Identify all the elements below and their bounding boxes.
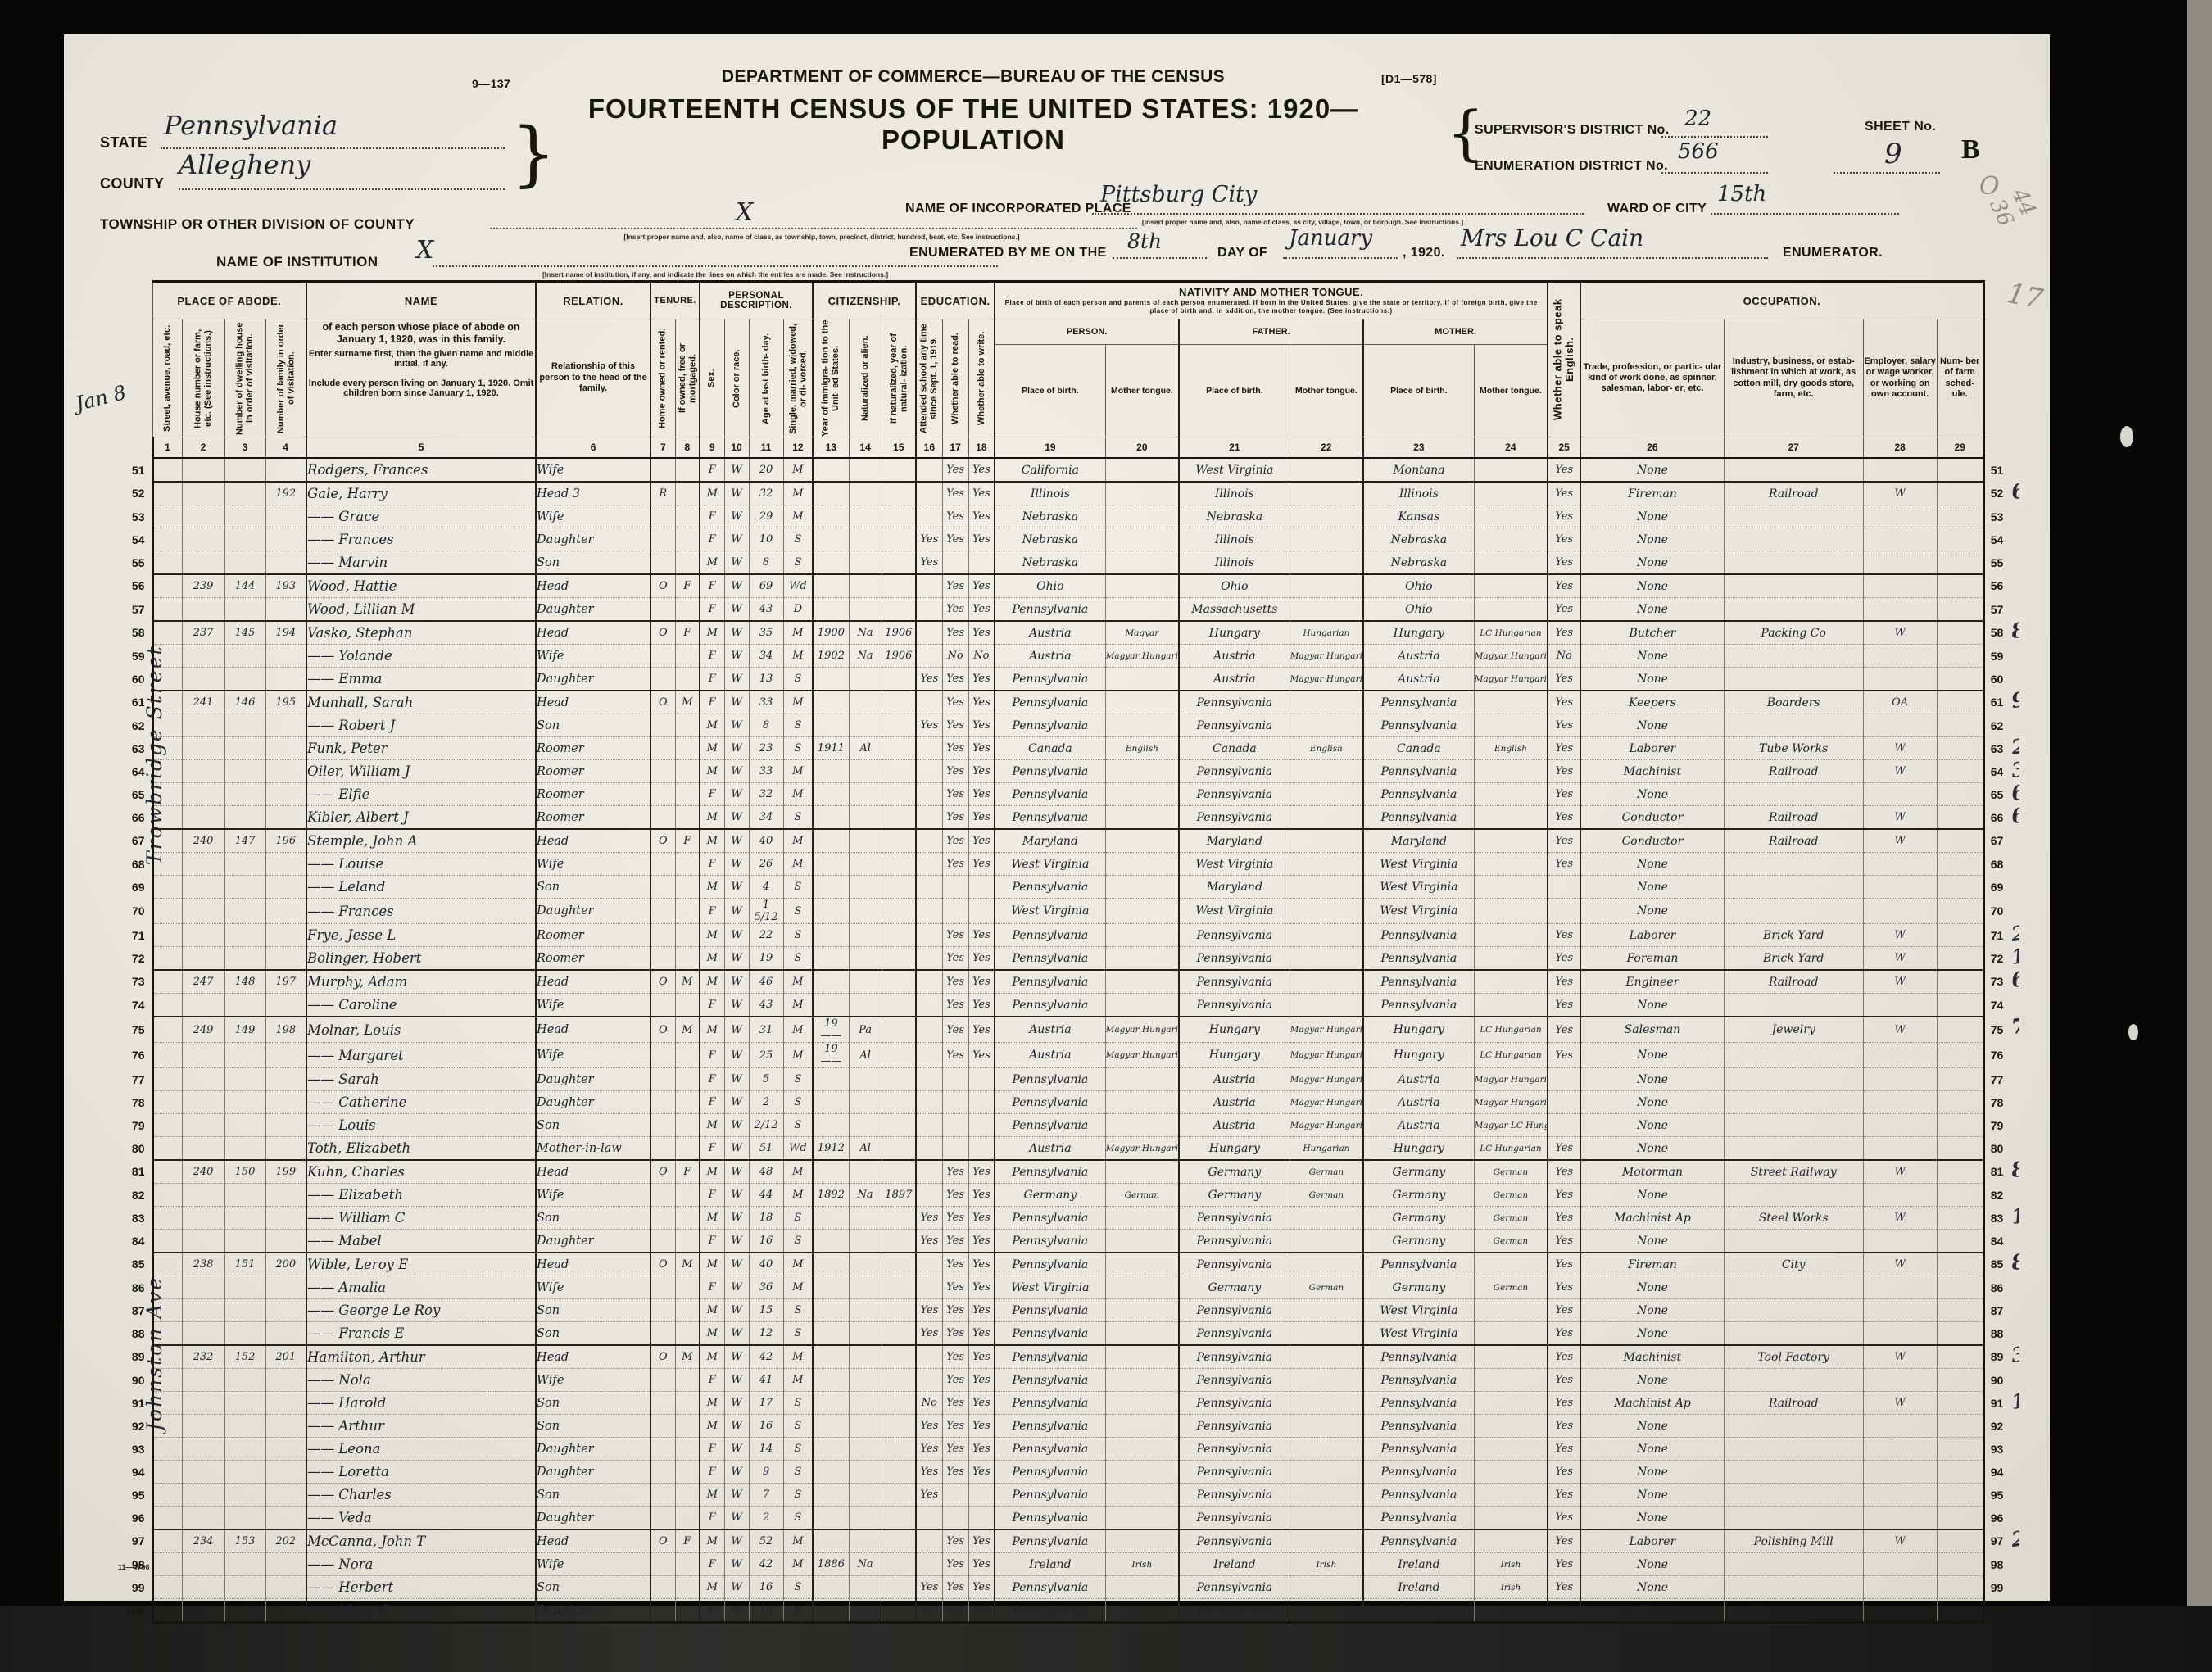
street-cell <box>152 947 182 971</box>
enumeration-district-value: 566 <box>1678 139 1719 164</box>
table-row: 84 —— Mabel Daughter F W 16 S Yes Yes Ye… <box>123 1230 2019 1253</box>
table-row: 64 Oiler, William J Roomer M W 33 M Yes … <box>123 760 2019 783</box>
able-to-read-cell <box>942 1091 968 1114</box>
able-to-write-cell: Yes <box>968 598 995 622</box>
naturalization-year-cell <box>882 1345 916 1369</box>
able-to-write-cell: Yes <box>968 760 995 783</box>
marital-status-cell: S <box>783 714 813 737</box>
industry-cell <box>1724 645 1863 668</box>
farm-schedule-cell <box>1937 598 1983 622</box>
dwelling-number-cell <box>224 1322 265 1346</box>
occupation-cell: Conductor <box>1580 829 1724 853</box>
table-row: 56 239 144 193 Wood, Hattie Head O F F W… <box>123 574 2019 598</box>
relation-cell: Wife <box>536 1184 650 1207</box>
line-number-right: 74 <box>1983 994 2019 1017</box>
home-owned-cell <box>650 551 675 575</box>
mother-birthplace-cell: Ireland <box>1363 1576 1474 1599</box>
able-to-write-cell: Yes <box>968 1599 995 1623</box>
attended-school-cell <box>916 1253 942 1276</box>
subgroup-mother: MOTHER. <box>1363 319 1548 345</box>
relation-cell: Son <box>536 551 650 575</box>
line-number-left: 81 <box>123 1160 152 1184</box>
father-mother-tongue-cell: German <box>1290 1160 1363 1184</box>
dwelling-number-cell <box>224 924 265 947</box>
sex-cell: M <box>700 482 724 505</box>
father-birthplace-cell: Pennsylvania <box>1179 1484 1290 1507</box>
mother-mother-tongue-cell <box>1474 1345 1548 1369</box>
ward-rule <box>1711 213 1899 215</box>
line-number-right: 98 <box>1983 1553 2019 1576</box>
father-mother-tongue-cell <box>1290 1230 1363 1253</box>
attended-school-cell: Yes <box>916 1230 942 1253</box>
mother-birthplace-cell: Kansas <box>1363 505 1474 528</box>
name-cell: Murphy, Adam <box>306 970 536 994</box>
home-owned-cell <box>650 1438 675 1461</box>
family-number-cell <box>265 598 306 622</box>
marital-status-cell: S <box>783 806 813 830</box>
line-number-left: 57 <box>123 598 152 622</box>
age-cell: 35 <box>749 621 783 645</box>
name-cell: Vasko, Stephan <box>306 621 536 645</box>
industry-cell <box>1724 1184 1863 1207</box>
attended-school-cell <box>916 1160 942 1184</box>
subgroup-father: FATHER. <box>1179 319 1363 345</box>
free-mortgaged-cell <box>675 806 700 830</box>
industry-cell: Railroad <box>1724 760 1863 783</box>
able-to-write-cell: Yes <box>968 1017 995 1043</box>
color-race-cell: W <box>724 1017 749 1043</box>
name-cell: —— Loretta <box>306 1461 536 1484</box>
attended-school-cell <box>916 994 942 1017</box>
attended-school-cell <box>916 1507 942 1530</box>
industry-cell <box>1724 1114 1863 1137</box>
industry-cell <box>1724 783 1863 806</box>
relation-cell: Wife <box>536 1553 650 1576</box>
able-to-read-cell: Yes <box>942 505 968 528</box>
attended-school-cell <box>916 924 942 947</box>
father-birthplace-cell: Pennsylvania <box>1179 1207 1290 1230</box>
table-row: 74 —— Caroline Wife F W 43 M Yes Yes Pen… <box>123 994 2019 1017</box>
age-cell: 2 <box>749 1091 783 1114</box>
free-mortgaged-cell <box>675 645 700 668</box>
group-citizenship: CITIZENSHIP. <box>813 282 916 319</box>
family-number-cell <box>265 714 306 737</box>
father-mother-tongue-cell: Magyar Hungarian <box>1290 1017 1363 1043</box>
dwelling-number-cell <box>224 760 265 783</box>
margin-code-scribble: 362 <box>2010 760 2019 782</box>
employment-class-cell <box>1863 1137 1937 1161</box>
age-cell: 26 <box>749 853 783 876</box>
home-owned-cell <box>650 1299 675 1322</box>
street-cell <box>152 1553 182 1576</box>
table-row: 73 247 148 197 Murphy, Adam Head O M M W… <box>123 970 2019 994</box>
sex-cell: M <box>700 1253 724 1276</box>
home-owned-cell <box>650 806 675 830</box>
father-birthplace-cell: Pennsylvania <box>1179 1369 1290 1392</box>
mother-mother-tongue-cell: Magyar Hungarian <box>1474 1091 1548 1114</box>
place-value: Pittsburg City <box>1100 182 1257 207</box>
dwelling-number-cell <box>224 551 265 575</box>
person-birthplace-cell: Ohio <box>995 574 1105 598</box>
mother-birthplace-cell: Austria <box>1363 1068 1474 1091</box>
name-cell: Oiler, William J <box>306 760 536 783</box>
industry-cell <box>1724 1299 1863 1322</box>
line-number-value: 90 <box>1991 1374 2004 1387</box>
speaks-english-cell: Yes <box>1548 458 1580 482</box>
margin-code-scribble: 906 <box>2010 691 2019 713</box>
col-color-race: Color or race. <box>724 319 749 437</box>
employment-class-cell <box>1863 1114 1937 1137</box>
line-number-value: 97 <box>1991 1534 2004 1547</box>
farm-schedule-cell <box>1937 760 1983 783</box>
mother-birthplace-cell: Hungary <box>1363 1137 1474 1161</box>
farm-schedule-cell <box>1937 1114 1983 1137</box>
street-cell <box>152 829 182 853</box>
family-number-cell <box>265 806 306 830</box>
attended-school-cell: Yes <box>916 1322 942 1346</box>
industry-cell <box>1724 1576 1863 1599</box>
naturalization-year-cell <box>882 714 916 737</box>
able-to-write-cell: Yes <box>968 668 995 691</box>
family-number-cell <box>265 1091 306 1114</box>
institution-rule <box>433 265 998 267</box>
line-number-left: 65 <box>123 783 152 806</box>
street-cell <box>152 1507 182 1530</box>
industry-cell <box>1724 458 1863 482</box>
employment-class-cell: W <box>1863 1345 1937 1369</box>
employment-class-cell <box>1863 1507 1937 1530</box>
sex-cell: F <box>700 668 724 691</box>
naturalized-cell <box>849 574 882 598</box>
person-mother-tongue-cell <box>1105 947 1179 971</box>
supervisor-rule <box>1661 136 1768 138</box>
marital-status-cell: S <box>783 1599 813 1623</box>
occupation-cell: Laborer <box>1580 1529 1724 1553</box>
industry-cell: Tube Works <box>1724 737 1863 760</box>
family-number-cell: 193 <box>265 574 306 598</box>
sex-cell: M <box>700 1017 724 1043</box>
attended-school-cell <box>916 876 942 899</box>
industry-cell: Railroad <box>1724 829 1863 853</box>
color-race-cell: W <box>724 899 749 924</box>
table-row: 88 —— Francis E Son M W 12 S Yes Yes Yes… <box>123 1322 2019 1346</box>
immigration-year-cell <box>813 876 849 899</box>
person-mother-tongue-cell <box>1105 853 1179 876</box>
employment-class-cell <box>1863 1230 1937 1253</box>
name-cell: —— George Le Roy <box>306 1299 536 1322</box>
occupation-cell: Machinist <box>1580 1345 1724 1369</box>
able-to-read-cell <box>942 1484 968 1507</box>
naturalization-year-cell <box>882 1461 916 1484</box>
mother-mother-tongue-cell: LC Hungarian <box>1474 1017 1548 1043</box>
family-number-cell: 200 <box>265 1253 306 1276</box>
speaks-english-cell: Yes <box>1548 574 1580 598</box>
street-cell <box>152 1017 182 1043</box>
industry-cell <box>1724 1276 1863 1299</box>
mother-mother-tongue-cell <box>1474 1438 1548 1461</box>
person-mother-tongue-header: Mother tongue. <box>1105 345 1179 437</box>
attended-school-cell <box>916 1276 942 1299</box>
street-cell <box>152 924 182 947</box>
column-number: 10 <box>724 437 749 459</box>
naturalized-cell <box>849 458 882 482</box>
family-number-cell <box>265 1299 306 1322</box>
line-number-right: 64362 <box>1983 760 2019 783</box>
house-number-cell <box>182 1322 224 1346</box>
able-to-write-cell: Yes <box>968 737 995 760</box>
industry-cell: Boarders <box>1724 691 1863 714</box>
color-race-cell: W <box>724 1507 749 1530</box>
home-owned-cell <box>650 1461 675 1484</box>
line-number-value: 74 <box>1991 999 2004 1012</box>
dwelling-number-cell <box>224 714 265 737</box>
father-birthplace-cell: Germany <box>1179 1276 1290 1299</box>
able-to-read-cell: Yes <box>942 1553 968 1576</box>
color-race-cell: W <box>724 1461 749 1484</box>
relation-cell: Daughter <box>536 1091 650 1114</box>
dwelling-number-cell <box>224 899 265 924</box>
person-birthplace-cell: Pennsylvania <box>995 1576 1105 1599</box>
state-label: STATE <box>100 134 147 152</box>
immigration-year-cell: 1911 <box>813 737 849 760</box>
occupation-cell: Fireman <box>1580 1253 1724 1276</box>
line-number-right: 55 <box>1983 551 2019 575</box>
father-birthplace-cell: Illinois <box>1179 482 1290 505</box>
family-number-cell <box>265 528 306 551</box>
line-number-value: 92 <box>1991 1420 2004 1433</box>
house-number-cell <box>182 598 224 622</box>
township-note: [Insert proper name and, also, name of c… <box>510 233 1133 241</box>
free-mortgaged-cell <box>675 1137 700 1161</box>
naturalized-cell <box>849 899 882 924</box>
home-owned-cell <box>650 668 675 691</box>
attended-school-cell: Yes <box>916 1438 942 1461</box>
street-cell <box>152 1599 182 1623</box>
farm-schedule-cell <box>1937 1553 1983 1576</box>
col-attended-school: Attended school any time since Sept. 1, … <box>916 319 942 437</box>
industry-cell <box>1724 1553 1863 1576</box>
speaks-english-cell: Yes <box>1548 482 1580 505</box>
relation-cell: Daughter <box>536 1461 650 1484</box>
color-race-cell: W <box>724 1438 749 1461</box>
nativity-title: NATIVITY AND MOTHER TONGUE. <box>995 286 1547 298</box>
mother-mother-tongue-cell <box>1474 899 1548 924</box>
relation-cell: Roomer <box>536 947 650 971</box>
enum-district-rule <box>1661 172 1768 174</box>
ward-value: 15th <box>1717 182 1766 206</box>
line-number-right: 97268 <box>1983 1529 2019 1553</box>
father-mother-tongue-cell <box>1290 876 1363 899</box>
table-row: 65 —— Elfie Roomer F W 32 M Yes Yes Penn… <box>123 783 2019 806</box>
line-number-right: 80 <box>1983 1137 2019 1161</box>
age-cell: 29 <box>749 505 783 528</box>
able-to-write-cell: Yes <box>968 1576 995 1599</box>
table-row: 68 —— Louise Wife F W 26 M Yes Yes West … <box>123 853 2019 876</box>
col-sex: Sex. <box>700 319 724 437</box>
line-number-right: 73644 <box>1983 970 2019 994</box>
relation-cell: Daughter <box>536 1068 650 1091</box>
able-to-read-cell: Yes <box>942 924 968 947</box>
line-number-right: 56 <box>1983 574 2019 598</box>
line-number-right: 81849 <box>1983 1160 2019 1184</box>
able-to-write-cell <box>968 1091 995 1114</box>
relation-cell: Wife <box>536 645 650 668</box>
naturalization-year-cell <box>882 1230 916 1253</box>
line-number-left: 86 <box>123 1276 152 1299</box>
mother-birthplace-cell: Pennsylvania <box>1363 994 1474 1017</box>
naturalized-cell <box>849 598 882 622</box>
line-number-left: 52 <box>123 482 152 505</box>
immigration-year-cell <box>813 1484 849 1507</box>
industry-cell: Railroad <box>1724 482 1863 505</box>
father-birthplace-cell: Pennsylvania <box>1179 1415 1290 1438</box>
employment-class-cell: W <box>1863 924 1937 947</box>
occupation-cell: None <box>1580 876 1724 899</box>
speaks-english-cell: Yes <box>1548 760 1580 783</box>
industry-cell: Brick Yard <box>1724 947 1863 971</box>
column-number: 26 <box>1580 437 1724 459</box>
father-birthplace-cell: West Virginia <box>1179 853 1290 876</box>
col-speaks-english: Whether able to speak English. <box>1548 282 1580 437</box>
naturalization-year-cell <box>882 1507 916 1530</box>
table-row: 100 —— Mary C Daughter F W 13 S Yes Yes … <box>123 1599 2019 1623</box>
group-nativity: NATIVITY AND MOTHER TONGUE. Place of bir… <box>995 282 1548 319</box>
father-birthplace-cell: West Virginia <box>1179 899 1290 924</box>
home-owned-cell <box>650 458 675 482</box>
color-race-cell: W <box>724 598 749 622</box>
industry-cell <box>1724 876 1863 899</box>
line-number-right: 82 <box>1983 1184 2019 1207</box>
employment-class-cell: W <box>1863 947 1937 971</box>
person-mother-tongue-cell <box>1105 458 1179 482</box>
free-mortgaged-cell: M <box>675 1017 700 1043</box>
employment-class-cell <box>1863 1043 1937 1068</box>
father-birthplace-cell: Pennsylvania <box>1179 1438 1290 1461</box>
mother-birthplace-cell: Austria <box>1363 1091 1474 1114</box>
mother-birthplace-cell: Pennsylvania <box>1363 691 1474 714</box>
name-cell: —— Louise <box>306 853 536 876</box>
house-number-cell <box>182 947 224 971</box>
family-number-cell <box>265 1207 306 1230</box>
person-mother-tongue-cell <box>1105 1299 1179 1322</box>
able-to-read-cell: Yes <box>942 691 968 714</box>
able-to-write-cell <box>968 1114 995 1137</box>
age-cell: 1 5/12 <box>749 899 783 924</box>
age-cell: 9 <box>749 1461 783 1484</box>
immigration-year-cell <box>813 760 849 783</box>
employment-class-cell <box>1863 899 1937 924</box>
county-value: Allegheny <box>179 149 310 180</box>
family-number-cell <box>265 947 306 971</box>
line-number-left: 98 <box>123 1553 152 1576</box>
mother-mother-tongue-cell <box>1474 783 1548 806</box>
naturalization-year-cell <box>882 853 916 876</box>
father-mother-tongue-cell <box>1290 505 1363 528</box>
farm-schedule-cell <box>1937 1415 1983 1438</box>
person-birthplace-cell: Pennsylvania <box>995 924 1105 947</box>
farm-schedule-cell <box>1937 714 1983 737</box>
relation-cell: Daughter <box>536 528 650 551</box>
farm-schedule-cell <box>1937 1369 1983 1392</box>
father-birthplace-cell: Hungary <box>1179 621 1290 645</box>
name-cell: Gale, Harry <box>306 482 536 505</box>
employment-class-cell <box>1863 458 1937 482</box>
line-number-left: 54 <box>123 528 152 551</box>
line-number-right: 76 <box>1983 1043 2019 1068</box>
line-number-right: 86 <box>1983 1276 2019 1299</box>
naturalization-year-cell <box>882 737 916 760</box>
attended-school-cell <box>916 806 942 830</box>
able-to-read-cell: Yes <box>942 1415 968 1438</box>
free-mortgaged-cell: M <box>675 691 700 714</box>
relation-cell: Mother-in-law <box>536 1137 650 1161</box>
occupation-cell: None <box>1580 1322 1724 1346</box>
street-cell <box>152 1043 182 1068</box>
mother-place-of-birth-header: Place of birth. <box>1363 345 1474 437</box>
family-number-cell <box>265 551 306 575</box>
immigration-year-cell <box>813 1438 849 1461</box>
house-number-cell: 232 <box>182 1345 224 1369</box>
speaks-english-cell: Yes <box>1548 621 1580 645</box>
immigration-year-cell <box>813 1345 849 1369</box>
father-birthplace-cell: Hungary <box>1179 1137 1290 1161</box>
family-number-cell <box>265 876 306 899</box>
able-to-write-cell <box>968 1068 995 1091</box>
table-row: 87 —— George Le Roy Son M W 15 S Yes Yes… <box>123 1299 2019 1322</box>
marital-status-cell: M <box>783 458 813 482</box>
person-birthplace-cell: Pennsylvania <box>995 1369 1105 1392</box>
table-row: 89 232 152 201 Hamilton, Arthur Head O M… <box>123 1345 2019 1369</box>
able-to-write-cell <box>968 1137 995 1161</box>
age-cell: 43 <box>749 994 783 1017</box>
father-mother-tongue-cell <box>1290 551 1363 575</box>
naturalized-cell <box>849 668 882 691</box>
relation-cell: Daughter <box>536 668 650 691</box>
immigration-year-cell <box>813 1114 849 1137</box>
attended-school-cell <box>916 1369 942 1392</box>
able-to-write-cell: Yes <box>968 1392 995 1415</box>
industry-cell: Railroad <box>1724 806 1863 830</box>
father-birthplace-cell: Austria <box>1179 1068 1290 1091</box>
place-note: [Insert proper name and, also, name of c… <box>1098 218 1507 226</box>
employment-class-cell <box>1863 1553 1937 1576</box>
speaks-english-cell: Yes <box>1548 598 1580 622</box>
father-mother-tongue-header: Mother tongue. <box>1290 345 1363 437</box>
person-mother-tongue-cell <box>1105 1438 1179 1461</box>
father-mother-tongue-cell <box>1290 1345 1363 1369</box>
name-cell: —— Frances <box>306 528 536 551</box>
mother-mother-tongue-cell <box>1474 876 1548 899</box>
employment-class-cell <box>1863 528 1937 551</box>
street-cell <box>152 1114 182 1137</box>
father-birthplace-cell: Pennsylvania <box>1179 1529 1290 1553</box>
street-cell <box>152 1160 182 1184</box>
person-mother-tongue-cell <box>1105 783 1179 806</box>
line-number-right: 92 <box>1983 1415 2019 1438</box>
street-cell <box>152 645 182 668</box>
line-number-left: 85 <box>123 1253 152 1276</box>
person-birthplace-cell: Pennsylvania <box>995 1484 1105 1507</box>
industry-cell <box>1724 1507 1863 1530</box>
free-mortgaged-cell <box>675 1415 700 1438</box>
line-number-value: 53 <box>1991 510 2004 523</box>
census-sheet: 9—137 DEPARTMENT OF COMMERCE—BUREAU OF T… <box>64 34 2050 1601</box>
farm-schedule-cell <box>1937 1043 1983 1068</box>
column-number: 4 <box>265 437 306 459</box>
person-birthplace-cell: Nebraska <box>995 505 1105 528</box>
place-rule <box>1092 213 1584 215</box>
person-mother-tongue-cell <box>1105 970 1179 994</box>
